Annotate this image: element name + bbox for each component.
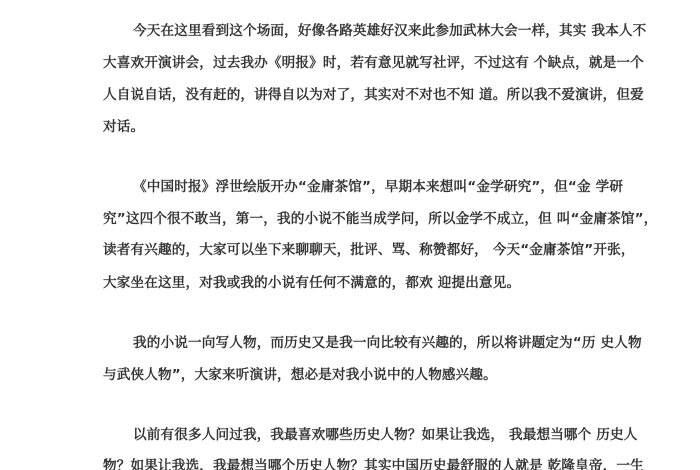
- paragraph-4-line-1: 以前有很多人问过我，我最喜欢哪些历史人物？如果让我选， 我最想当哪个 历史人: [133, 426, 595, 444]
- paragraph-1-line-1: 今天在这里看到这个场面，好像各路英雄好汉来此参加武林大会一样，其实 我本人不: [133, 22, 595, 40]
- paragraph-1-line-4: 对话。: [103, 118, 595, 136]
- paragraph-2-line-1: 《中国时报》浮世绘版开办“金庸茶馆”，早期本来想叫“金学研究”，但“金 学研: [133, 178, 595, 196]
- paragraph-3-line-1: 我的小说一向写人物，而历史又是我一向比较有兴趣的，所以将讲题定为“历 史人物: [133, 334, 595, 352]
- paragraph-1-line-2: 大喜欢开演讲会，过去我办《明报》时，若有意见就写社评，不过这有 个缺点，就是一个: [103, 54, 595, 72]
- paragraph-2-line-3: 读者有兴趣的，大家可以坐下来聊聊天，批评、骂、称赞都好， 今天“金庸茶馆”开张，: [103, 241, 595, 259]
- paragraph-3-line-2: 与武侠人物”，大家来听演讲，想必是对我小说中的人物感兴趣。: [103, 366, 595, 384]
- paragraph-2-line-4: 大家坐在这里，对我或我的小说有任何不满意的，都欢 迎提出意见。: [103, 274, 595, 292]
- paragraph-1-line-3: 人自说自话，没有赶的，讲得自以为对了，其实对不对也不知 道。所以我不爱演讲，但爱: [103, 86, 595, 104]
- paragraph-2-line-2: 究”这四个很不敢当，第一，我的小说不能当成学问，所以金学不成立，但 叫“金庸茶馆…: [103, 210, 595, 228]
- document-page: 今天在这里看到这个场面，好像各路英雄好汉来此参加武林大会一样，其实 我本人不 大…: [0, 0, 700, 470]
- paragraph-4-line-2: 物？如果让我选，我最想当哪个历史人物？其实中国历史最舒服的人就是 乾隆皇帝，一生: [103, 457, 595, 470]
